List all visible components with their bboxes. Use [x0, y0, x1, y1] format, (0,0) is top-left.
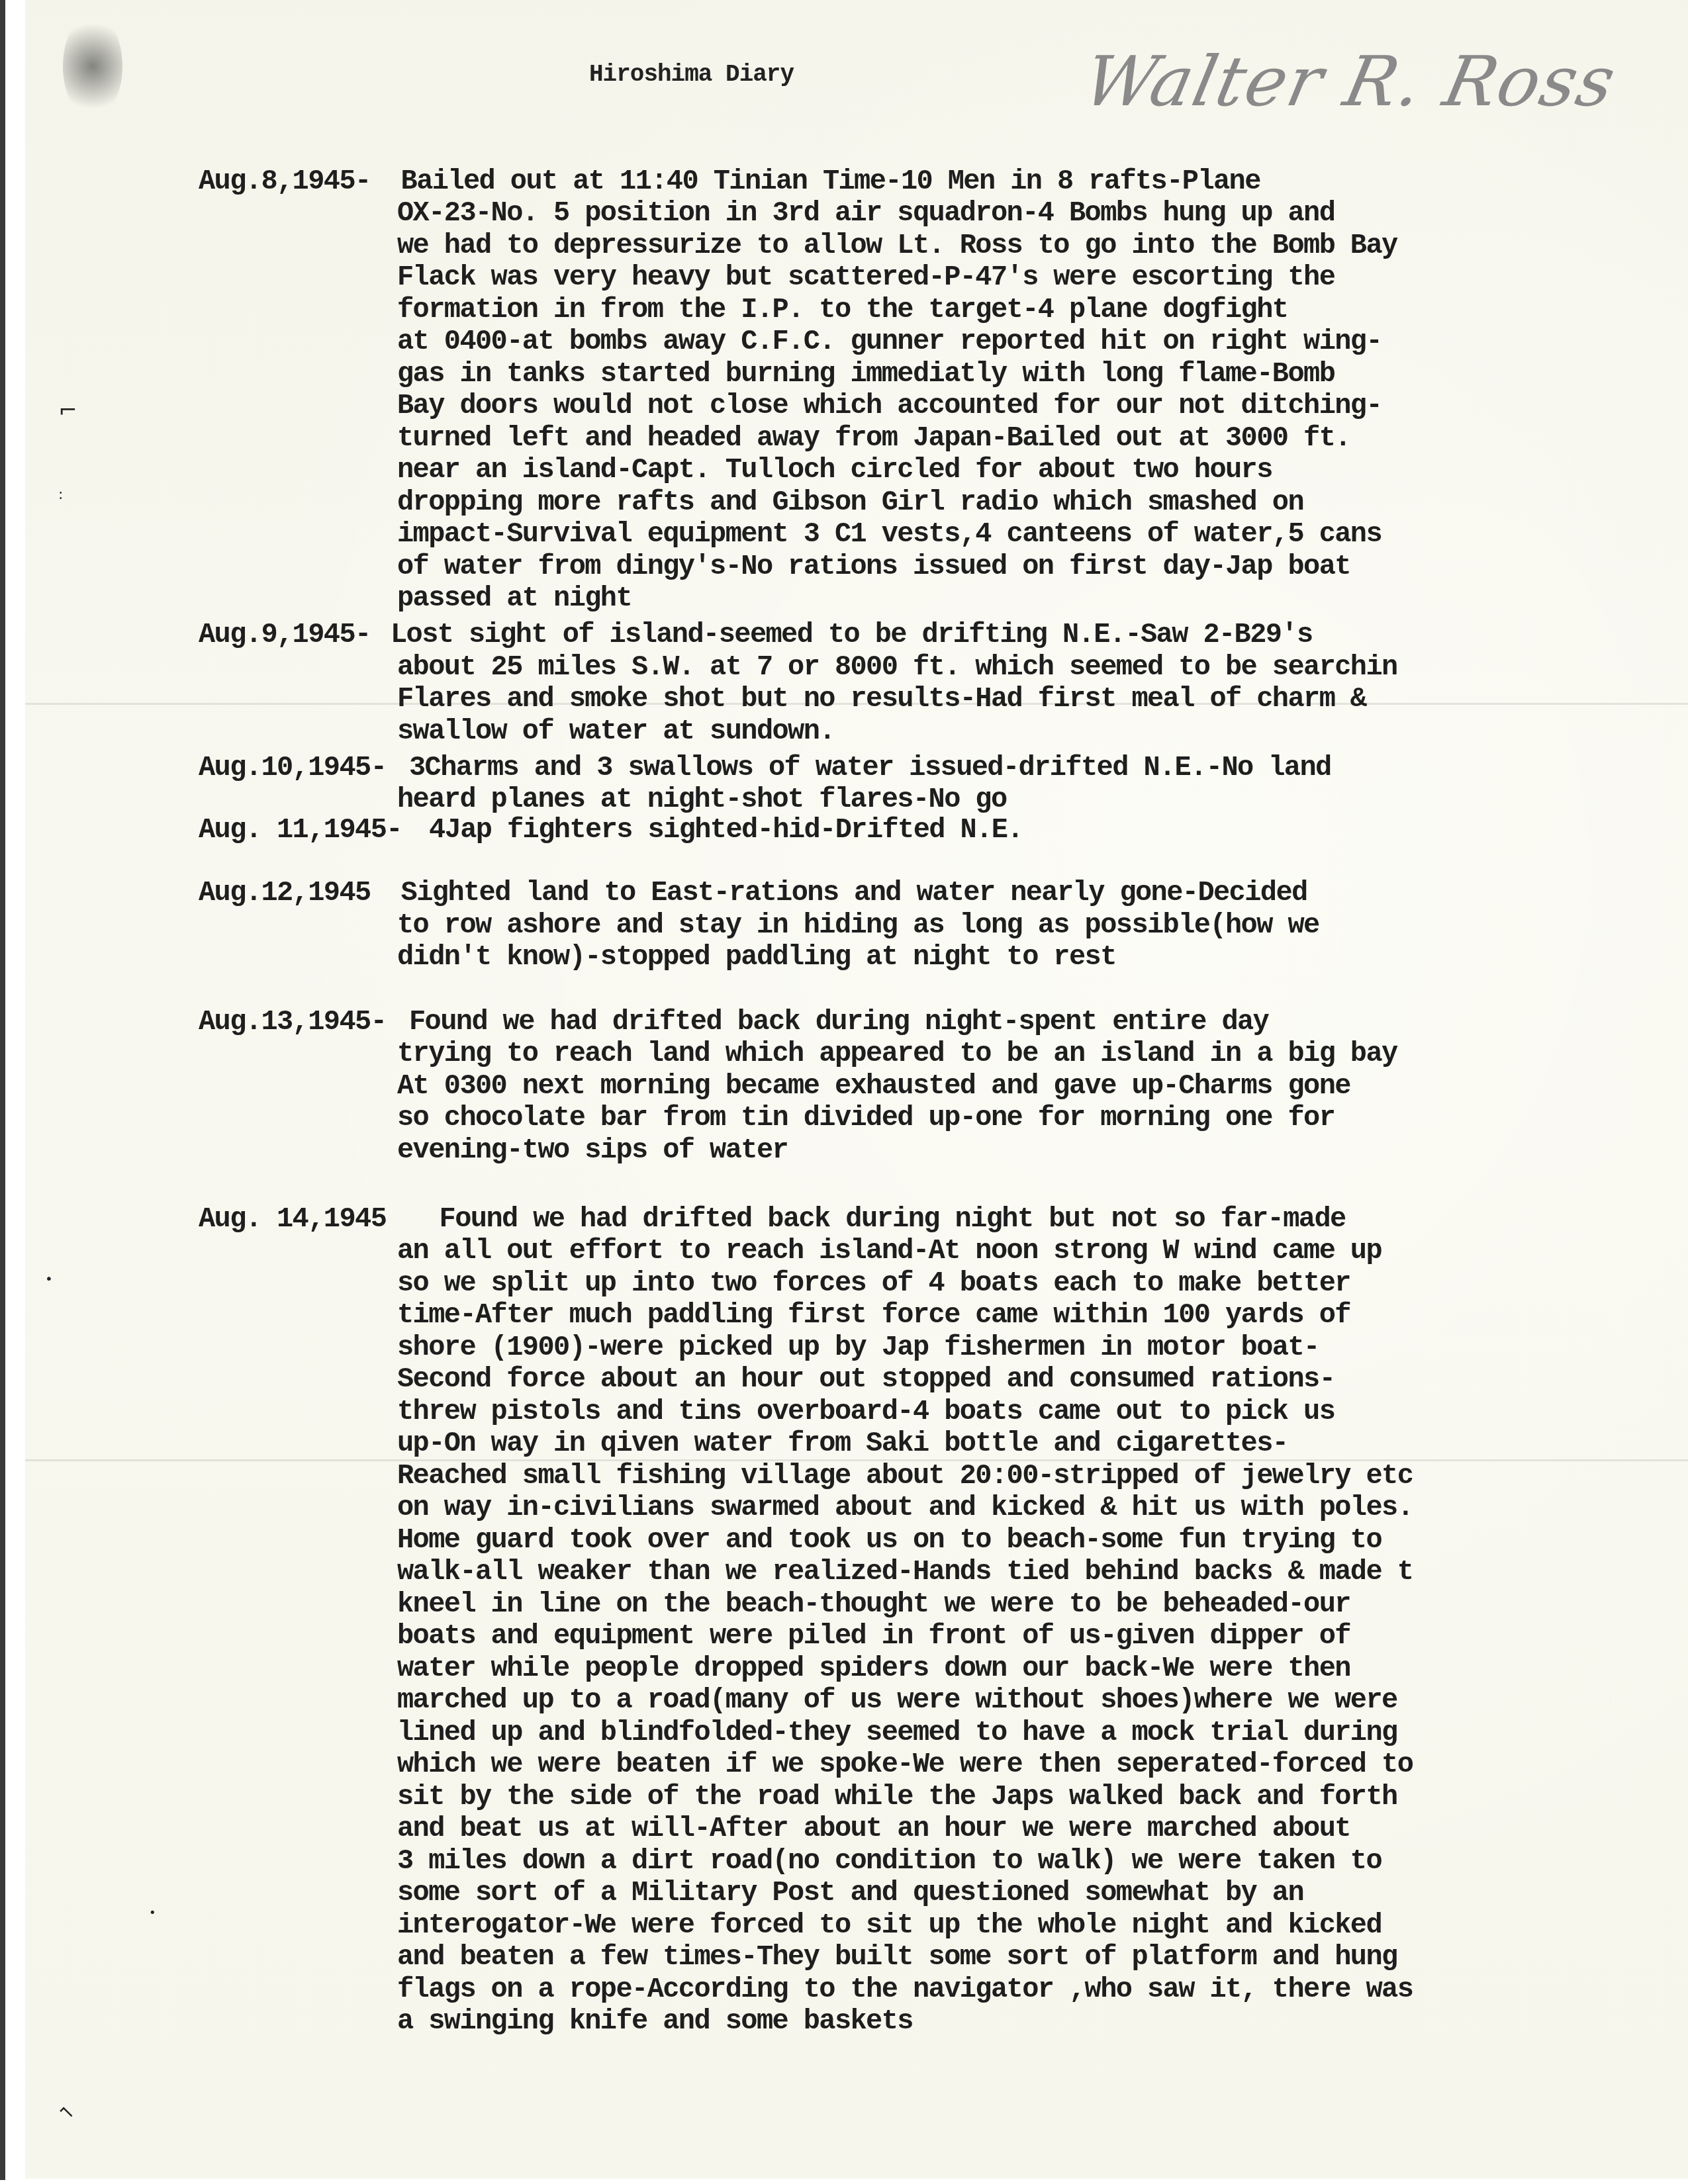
entry-line: evening-two sips of water — [397, 1134, 788, 1166]
entry-line: Flack was very heavy but scattered-P-47'… — [397, 261, 1335, 293]
handwritten-signature: Walter R. Ross — [1077, 41, 1623, 122]
entry-line: interogator-We were forced to sit up the… — [397, 1909, 1382, 1941]
entry-line: Lost sight of island-seemed to be drifti… — [391, 619, 1313, 651]
entry-line: to row ashore and stay in hiding as long… — [397, 909, 1319, 941]
margin-dot: • — [45, 1271, 53, 1287]
entry-date: Aug.12,1945 — [199, 877, 371, 909]
margin-pen-mark: ⌐ — [58, 397, 77, 424]
entry-line: Bay doors would not close which accounte… — [397, 390, 1382, 422]
entry-line: walk-all weaker than we realized-Hands t… — [397, 1556, 1413, 1588]
entry-line: OX-23-No. 5 position in 3rd air squadron… — [397, 197, 1335, 229]
entry-line: Second force about an hour out stopped a… — [397, 1363, 1335, 1395]
entry-line: 4Jap fighters sighted-hid-Drifted N.E. — [429, 814, 1023, 846]
entry-line: 3 miles down a dirt road(no condition to… — [397, 1845, 1382, 1877]
entry-line: threw pistols and tins overboard-4 boats… — [397, 1396, 1335, 1428]
entry-line: and beaten a few times-They built some s… — [397, 1941, 1397, 1973]
entry-line: impact-Survival equipment 3 C1 vests,4 c… — [397, 518, 1382, 550]
entry-line: Flares and smoke shot but no results-Had… — [397, 683, 1366, 715]
entry-line: and beat us at will-After about an hour … — [397, 1813, 1350, 1844]
entry-line: Home guard took over and took us on to b… — [397, 1524, 1382, 1556]
entry-line: At 0300 next morning became exhausted an… — [397, 1070, 1350, 1102]
entry-line: we had to depressurize to allow Lt. Ross… — [397, 230, 1397, 261]
ink-smudge — [63, 13, 122, 119]
entry-line: heard planes at night-shot flares-No go — [397, 784, 1007, 815]
document-title: Hiroshima Diary — [589, 61, 794, 88]
entry-line: kneel in line on the beach-thought we we… — [397, 1588, 1350, 1620]
entry-line: about 25 miles S.W. at 7 or 8000 ft. whi… — [397, 651, 1397, 683]
entry-line: an all out effort to reach island-At noo… — [397, 1235, 1382, 1267]
entry-line: Bailed out at 11:40 Tinian Time-10 Men i… — [385, 165, 1260, 197]
entry-line: turned left and headed away from Japan-B… — [397, 422, 1350, 454]
entry-line: up-On way in qiven water from Saki bottl… — [397, 1428, 1288, 1459]
entry-line: Reached small fishing village about 20:0… — [397, 1460, 1413, 1492]
entry-line: time-After much paddling first force cam… — [397, 1299, 1350, 1331]
entry-line: trying to reach land which appeared to b… — [397, 1038, 1397, 1069]
entry-line: formation in from the I.P. to the target… — [397, 294, 1288, 326]
margin-dot: • — [149, 1906, 156, 1920]
scan-border — [0, 2180, 1688, 2184]
entry-line: shore (1900)-were picked up by Jap fishe… — [397, 1332, 1319, 1363]
entry-line: of water from dingy's-No rations issued … — [397, 551, 1350, 582]
entry-line: a swinging knife and some baskets — [397, 2005, 913, 2037]
entry-line: dropping more rafts and Gibson Girl radi… — [397, 486, 1303, 518]
entry-line: passed at night — [397, 582, 632, 614]
entry-line: at 0400-at bombs away C.F.C. gunner repo… — [397, 326, 1382, 357]
entry-line: boats and equipment were piled in front … — [397, 1620, 1350, 1652]
entry-line: Found we had drifted back during night b… — [424, 1203, 1346, 1235]
entry-line: didn't know)-stopped paddling at night t… — [397, 941, 1116, 973]
entry-line: Sighted land to East-rations and water n… — [385, 877, 1307, 909]
entry-date: Aug.13,1945- — [199, 1006, 386, 1038]
entry-line: so chocolate bar from tin divided up-one… — [397, 1102, 1335, 1134]
entry-date: Aug. 14,1945 — [199, 1203, 386, 1235]
entry-line: which we were beaten if we spoke-We were… — [397, 1749, 1413, 1780]
entry-line: water while people dropped spiders down … — [397, 1653, 1350, 1684]
entry-line: sit by the side of the road while the Ja… — [397, 1781, 1397, 1813]
entry-date: Aug.8,1945- — [199, 165, 371, 197]
entry-line: so we split up into two forces of 4 boat… — [397, 1267, 1350, 1299]
entry-line: some sort of a Military Post and questio… — [397, 1877, 1303, 1909]
entry-date: Aug.9,1945- — [199, 619, 371, 651]
entry-line: lined up and blindfolded-they seemed to … — [397, 1717, 1397, 1749]
entry-date: Aug.10,1945- — [199, 752, 386, 784]
entry-line: flags on a rope-According to the navigat… — [397, 1974, 1413, 2005]
entry-line: marched up to a road(many of us were wit… — [397, 1684, 1397, 1716]
entry-line: on way in-civilians swarmed about and ki… — [397, 1492, 1413, 1524]
margin-pen-mark: : — [58, 486, 63, 503]
entry-line: gas in tanks started burning immediatly … — [397, 358, 1335, 390]
entry-line: 3Charms and 3 swallows of water issued-d… — [409, 752, 1331, 784]
entry-line: swallow of water at sundown. — [397, 715, 835, 747]
entry-date: Aug. 11,1945- — [199, 814, 402, 846]
entry-line: near an island-Capt. Tulloch circled for… — [397, 454, 1272, 486]
entry-line: Found we had drifted back during night-s… — [409, 1006, 1268, 1038]
scan-border — [0, 0, 5, 2184]
